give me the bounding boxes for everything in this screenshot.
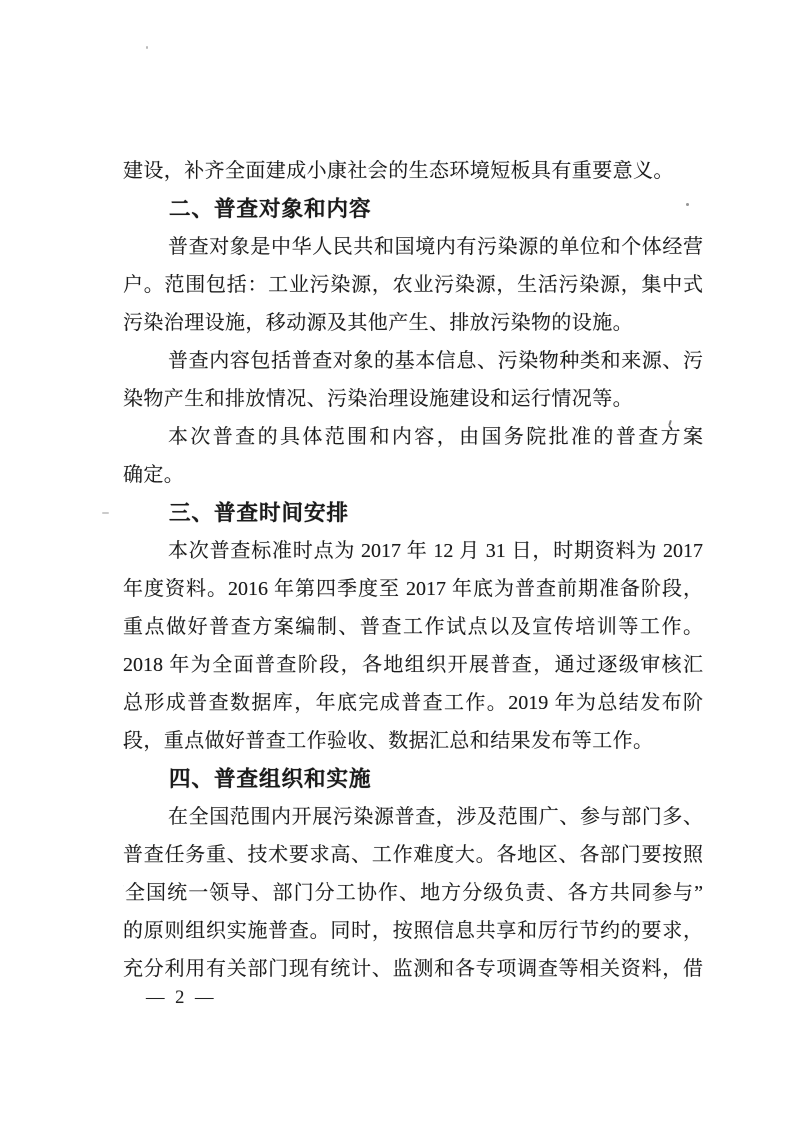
paragraph-line: 普查对象是中华人民共和国境内有污染源的单位和个体经营 xyxy=(123,228,703,266)
paragraph-line: 普查任务重、技术要求高、工作难度大。各地区、各部门要按照 xyxy=(123,836,703,874)
section-heading-4: 四、普查组织和实施 xyxy=(123,760,703,798)
paragraph-line: 在全国范围内开展污染源普查，涉及范围广、参与部门多、 xyxy=(123,798,703,836)
paragraph-line: 年度资料。2016 年第四季度至 2017 年底为普查前期准备阶段， xyxy=(123,570,703,608)
paragraph-line: 本次普查标准时点为 2017 年 12 月 31 日，时期资料为 2017 xyxy=(123,532,703,570)
paragraph-line: 2018 年为全面普查阶段，各地组织开展普查，通过逐级审核汇 xyxy=(123,646,703,684)
paragraph-continuation-line: 建设，补齐全面建成小康社会的生态环境短板具有重要意义。 xyxy=(123,152,703,190)
document-body: 建设，补齐全面建成小康社会的生态环境短板具有重要意义。 二、普查对象和内容 普查… xyxy=(123,152,703,988)
paragraph-line: 户。范围包括：工业污染源，农业污染源，生活污染源，集中式 xyxy=(123,266,703,304)
paragraph-line: 充分利用有关部门现有统计、监测和各专项调查等相关资料，借 xyxy=(123,950,703,988)
scan-speck xyxy=(102,512,109,514)
paragraph-line: 本次普查的具体范围和内容，由国务院批准的普查方案 xyxy=(123,418,703,456)
page-number: — 2 — xyxy=(146,986,217,1010)
paragraph-line: 的原则组织实施普查。同时，按照信息共享和厉行节约的要求， xyxy=(123,912,703,950)
paragraph-line: 段，重点做好普查工作验收、数据汇总和结果发布等工作。 xyxy=(123,722,703,760)
paragraph-line: 污染治理设施，移动源及其他产生、排放污染物的设施。 xyxy=(123,304,703,342)
paragraph-line: 染物产生和排放情况、污染治理设施建设和运行情况等。 xyxy=(123,380,703,418)
paragraph-line: 重点做好普查方案编制、普查工作试点以及宣传培训等工作。 xyxy=(123,608,703,646)
paragraph-line: 总形成普查数据库，年底完成普查工作。2019 年为总结发布阶 xyxy=(123,684,703,722)
section-heading-2: 二、普查对象和内容 xyxy=(123,190,703,228)
paragraph-line: 普查内容包括普查对象的基本信息、污染物种类和来源、污 xyxy=(123,342,703,380)
paragraph-line: 确定。 xyxy=(123,456,703,494)
scan-speck xyxy=(146,46,148,49)
paragraph-line-quoted: “全国统一领导、部门分工协作、地方分级负责、各方共同参与” xyxy=(123,874,703,912)
section-heading-3: 三、普查时间安排 xyxy=(123,494,703,532)
document-page: 建设，补齐全面建成小康社会的生态环境短板具有重要意义。 二、普查对象和内容 普查… xyxy=(0,0,800,1131)
